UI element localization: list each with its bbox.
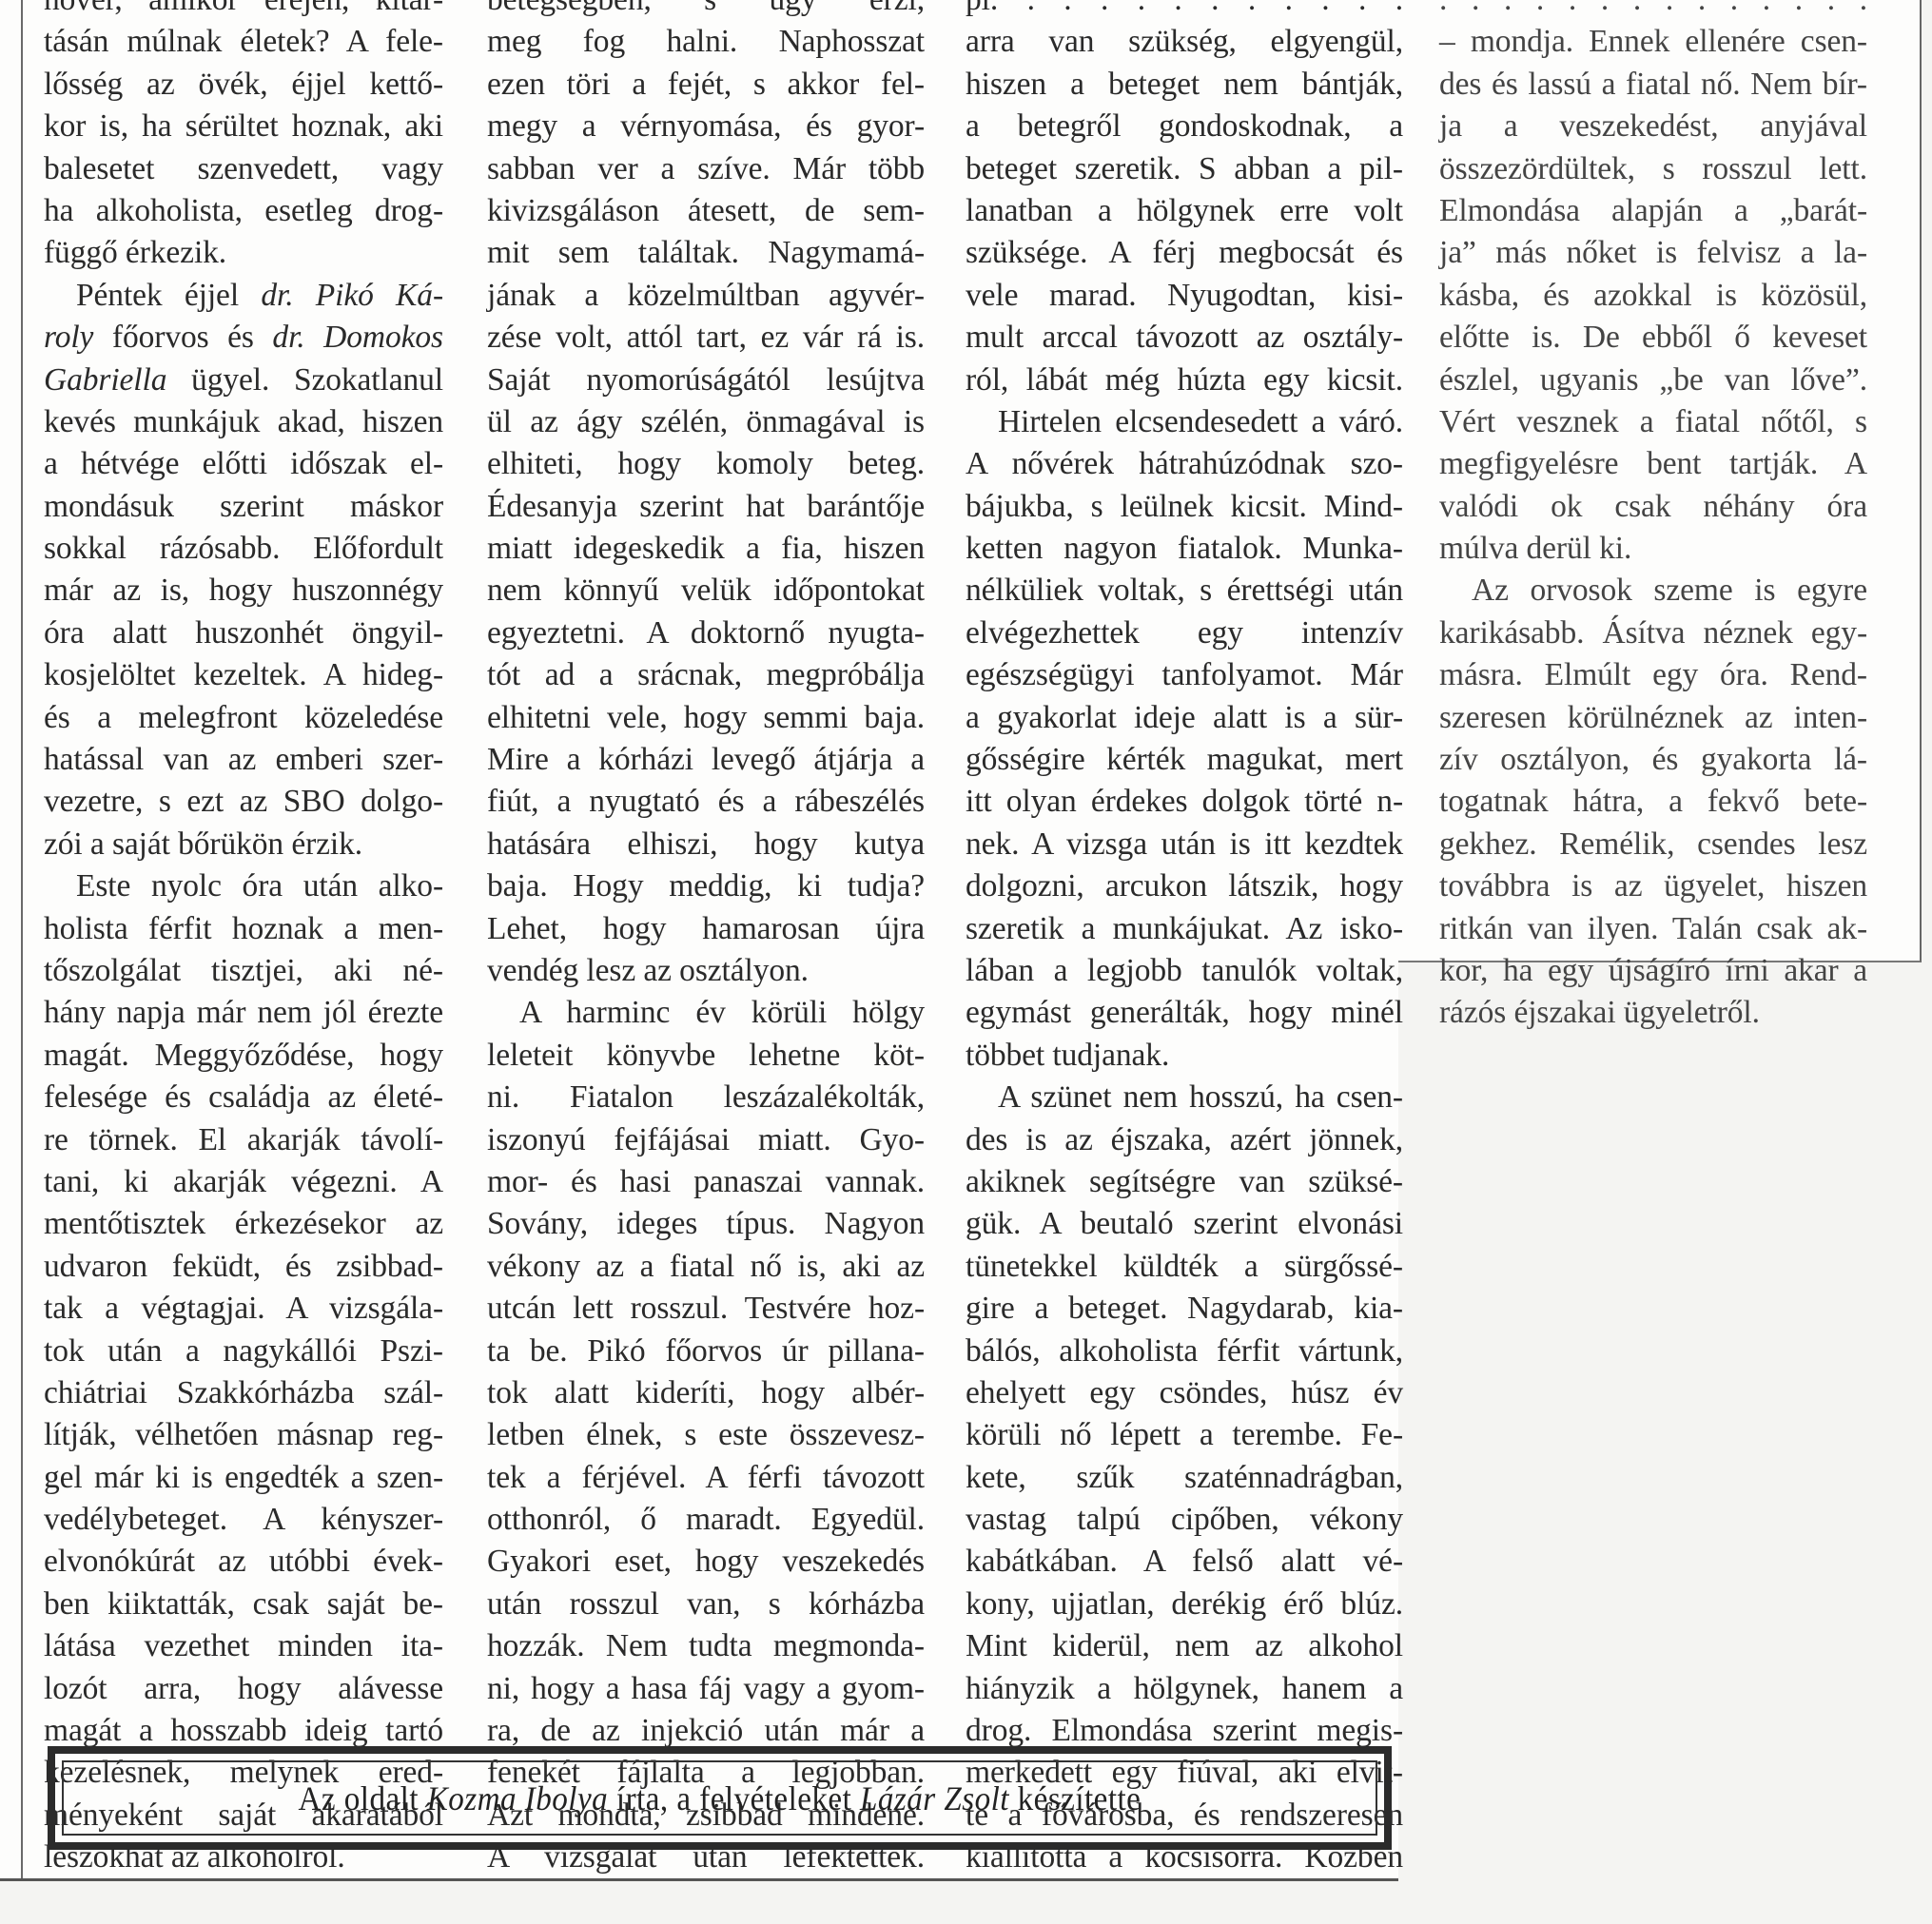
article-line: ehelyett egy csöndes, húsz év <box>966 1372 1403 1414</box>
article-line: gősségire kérték magukat, mert <box>966 739 1403 781</box>
article-line: mondásuk szerint máskor <box>44 486 443 528</box>
article-line: kosjelöltet kezeltek. A hideg- <box>44 654 443 696</box>
article-line: tek a férjével. A férfi távozott <box>487 1457 925 1499</box>
article-line: kor is, ha sérültet hoznak, aki <box>44 106 443 147</box>
article-line: hány napja már nem jól érezte <box>44 992 443 1034</box>
article-line: megy a vérnyomása, és gyor- <box>487 106 925 147</box>
article-line: ja a veszekedést, anyjával <box>1439 106 1867 147</box>
article-line: ritkán van ilyen. Talán csak ak- <box>1439 908 1867 950</box>
article-line: ja” más nőket is felvisz a la- <box>1439 232 1867 274</box>
article-line: tok alatt kideríti, hogy albér- <box>487 1372 925 1414</box>
article-line: bájukba, s leülnek kicsit. Mind- <box>966 486 1403 528</box>
article-line: ni. Fiatalon leszázalékolták, <box>487 1077 925 1118</box>
article-line: szeresen körülnéznek az inten- <box>1439 697 1867 739</box>
article-line: vele marad. Nyugodtan, kisi- <box>966 275 1403 317</box>
article-line: Az orvosok szeme is egyre <box>1439 570 1867 612</box>
article-line: A harminc év körüli hölgy <box>487 992 925 1034</box>
article-line: ta be. Pikó főorvos úr pillana- <box>487 1331 925 1372</box>
article-line: után rosszul van, s kórházba <box>487 1584 925 1625</box>
article-line: kor, ha egy újságíró írni akar a <box>1439 950 1867 992</box>
article-line: körüli nő lépett a terembe. Fe- <box>966 1414 1403 1456</box>
article-line: meg fog halni. Naphosszat <box>487 21 925 63</box>
article-line: ni, hogy a hasa fáj vagy a gyom- <box>487 1668 925 1710</box>
article-line: észlel, ugyanis „be van lőve”. <box>1439 360 1867 401</box>
article-line: Mint kiderül, nem az alkohol <box>966 1625 1403 1667</box>
article-line: gel már ki is engedték a szen- <box>44 1457 443 1499</box>
article-column-2: betegségben, s úgy érzi,meg fog halni. N… <box>487 0 925 1879</box>
article-line: balesetet szenvedett, vagy <box>44 148 443 190</box>
article-line: kete, szűk szaténnadrágban, <box>966 1457 1403 1499</box>
article-line: A nővérek hátrahúzódnak szo- <box>966 443 1403 485</box>
article-line: múlva derül ki. <box>1439 528 1867 570</box>
credit-author: Kozma Ibolya <box>427 1779 608 1817</box>
article-line: Édesanyja szerint hat barántője <box>487 486 925 528</box>
article-line: Gabriella ügyel. Szokatlanul <box>44 360 443 401</box>
article-line: roly főorvos és dr. Domokos <box>44 317 443 359</box>
article-line: előtte is. De ebből ő keveset <box>1439 317 1867 359</box>
article-line: lanatban a hölgynek erre volt <box>966 190 1403 232</box>
article-line: des és lassú a fiatal nő. Nem bír- <box>1439 64 1867 106</box>
article-line: gekhez. Remélik, csendes lesz <box>1439 824 1867 865</box>
article-line: kabátkában. A felső alatt vé- <box>966 1541 1403 1583</box>
article-line: elhitetni vele, hogy semmi baja. <box>487 697 925 739</box>
article-line: ról, lábát még húzta egy kicsit. <box>966 360 1403 401</box>
article-line: pl. . . . . . . . . . . . <box>966 0 1403 21</box>
article-line: zív osztályon, és gyakorta lá- <box>1439 739 1867 781</box>
article-line: felesége és családja az életé- <box>44 1077 443 1118</box>
credit-box: Az oldalt Kozma Ibolya írta, a felvétele… <box>48 1746 1392 1850</box>
article-line: baja. Hogy meddig, ki tudja? <box>487 865 925 907</box>
article-line: lában a legjobb tanulók voltak, <box>966 950 1403 992</box>
article-line: . . . . . . . . . . . . . . <box>1439 0 1867 21</box>
article-line: gük. A beutaló szerint elvonási <box>966 1203 1403 1245</box>
article-line: mentőtisztek érkezésekor az <box>44 1203 443 1245</box>
article-line: mult arccal távozott az osztály- <box>966 317 1403 359</box>
credit-prefix: Az oldalt <box>299 1779 427 1817</box>
article-line: beteget szeretik. S abban a pil- <box>966 148 1403 190</box>
article-line: a betegről gondoskodnak, a <box>966 106 1403 147</box>
article-line: karikásabb. Ásítva néznek egy- <box>1439 612 1867 654</box>
article-line: elhiteti, hogy komoly beteg. <box>487 443 925 485</box>
article-line: des is az éjszaka, azért jönnek, <box>966 1119 1403 1161</box>
article-line: a hétvége előtti időszak el- <box>44 443 443 485</box>
article-line: nem könnyű velük időpontokat <box>487 570 925 612</box>
article-line: hiszen a beteget nem bántják, <box>966 64 1403 106</box>
credit-suffix: készítette <box>1009 1779 1141 1817</box>
article-line: leleteit könyvbe lehetne köt- <box>487 1035 925 1077</box>
article-line: ezen töri a fejét, s akkor fel- <box>487 64 925 106</box>
article-line: udvaron feküdt, és zsibbad- <box>44 1246 443 1288</box>
article-line: egymást generálták, hogy minél <box>966 992 1403 1034</box>
article-line: elvégezhettek egy intenzív <box>966 612 1403 654</box>
article-line: otthonról, ő maradt. Egyedül. <box>487 1499 925 1541</box>
article-line: fiút, a nyugtató és a rábeszélés <box>487 781 925 823</box>
article-line: magát. Meggyőződése, hogy <box>44 1035 443 1077</box>
article-line: Gyakori eset, hogy veszekedés <box>487 1541 925 1583</box>
article-line: Este nyolc óra után alko- <box>44 865 443 907</box>
article-line: letben élnek, s este összevesz- <box>487 1414 925 1456</box>
article-line: kivizsgáláson átesett, de sem- <box>487 190 925 232</box>
article-line: ketten nagyon fiatalok. Munka- <box>966 528 1403 570</box>
article-line: chiátriai Szakkórházba szál- <box>44 1372 443 1414</box>
article-line: kony, ujjatlan, derékig érő blúz. <box>966 1584 1403 1625</box>
article-line: arra van szükség, elgyengül, <box>966 21 1403 63</box>
article-line: utcán lett rosszul. Testvére hoz- <box>487 1288 925 1330</box>
article-line: tok után a nagykállói Pszi- <box>44 1331 443 1372</box>
article-line: jának a közelmúltban agyvér- <box>487 275 925 317</box>
article-line: – mondja. Ennek ellenére csen- <box>1439 21 1867 63</box>
article-line: hozzák. Nem tudta megmonda- <box>487 1625 925 1667</box>
article-line: Sovány, ideges típus. Nagyon <box>487 1203 925 1245</box>
article-column-1: nővér, amikor erején, kitar-tásán múlnak… <box>44 0 443 1879</box>
article-line: nélküliek voltak, s érettségi után <box>966 570 1403 612</box>
article-line: ben kiiktatták, csak saját be- <box>44 1584 443 1625</box>
article-line: betegségben, s úgy érzi, <box>487 0 925 21</box>
article-line: mit sem találtak. Nagymamá- <box>487 232 925 274</box>
article-line: tásán múlnak életek? A fele- <box>44 21 443 63</box>
article-line: megfigyelésre bent tartják. A <box>1439 443 1867 485</box>
article-line: A szünet nem hosszú, ha csen- <box>966 1077 1403 1118</box>
article-line: bálós, alkoholista férfit vártunk, <box>966 1331 1403 1372</box>
article-line: nővér, amikor erején, kitar- <box>44 0 443 21</box>
article-line: akiknek segítségre van szüksé- <box>966 1161 1403 1203</box>
article-line: elvonókúrát az utóbbi évek- <box>44 1541 443 1583</box>
article-line: togatnak hátra, a fekvő bete- <box>1439 781 1867 823</box>
credit-photographer: Lázár Zsolt <box>860 1779 1009 1817</box>
article-line: tani, ki akarják végezni. A <box>44 1161 443 1203</box>
article-line: továbbra is az ügyelet, hiszen <box>1439 865 1867 907</box>
article-line: holista férfit hoznak a men- <box>44 908 443 950</box>
credit-line: Az oldalt Kozma Ibolya írta, a felvétele… <box>299 1778 1142 1818</box>
article-line: ha alkoholista, esetleg drog- <box>44 190 443 232</box>
article-line: Elmondása alapján a „barát- <box>1439 190 1867 232</box>
article-line: óra alatt huszonhét öngyil- <box>44 612 443 654</box>
article-line: összezördültek, s rosszul lett. <box>1439 148 1867 190</box>
article-line: re törnek. El akarják távolí- <box>44 1119 443 1161</box>
article-line: szüksége. A férj megbocsát és <box>966 232 1403 274</box>
article-line: vékony az a fiatal nő is, aki az <box>487 1246 925 1288</box>
article-line: sokkal rázósabb. Előfordult <box>44 528 443 570</box>
article-line: valódi ok csak néhány óra <box>1439 486 1867 528</box>
article-line: iszonyú fejfájásai miatt. Gyo- <box>487 1119 925 1161</box>
article-line: hiányzik a hölgynek, hanem a <box>966 1668 1403 1710</box>
article-line: rázós éjszakai ügyeletről. <box>1439 992 1867 1034</box>
article-line: lítják, vélhetően másnap reg- <box>44 1414 443 1456</box>
article-line: nek. A vizsga után is itt kezdtek <box>966 824 1403 865</box>
article-line: Hirtelen elcsendesedett a váró. <box>966 401 1403 443</box>
article-line: hatására elhiszi, hogy kutya <box>487 824 925 865</box>
article-line: ül az ágy szélén, önmagával is <box>487 401 925 443</box>
article-line: másra. Elmúlt egy óra. Rend- <box>1439 654 1867 696</box>
left-column-rule <box>21 0 23 1878</box>
article-line: látása vezethet minden ita- <box>44 1625 443 1667</box>
article-line: miatt idegeskedik a fia, hiszen <box>487 528 925 570</box>
credit-box-inner: Az oldalt Kozma Ibolya írta, a felvétele… <box>62 1760 1377 1836</box>
article-line: kásba, és azokkal is közösül, <box>1439 275 1867 317</box>
article-column-4: . . . . . . . . . . . . . .– mondja. Enn… <box>1439 0 1867 1035</box>
article-line: vedélybeteget. A kényszer- <box>44 1499 443 1541</box>
article-line: és a melegfront közeledése <box>44 697 443 739</box>
article-line: függő érkezik. <box>44 232 443 274</box>
article-line: sabban ver a szíve. Már több <box>487 148 925 190</box>
article-line: Saját nyomorúságától lesújtva <box>487 360 925 401</box>
article-line: lozót arra, hogy alávesse <box>44 1668 443 1710</box>
article-line: a gyakorlat ideje alatt is a sür- <box>966 697 1403 739</box>
credit-middle: írta, a felvételeket <box>608 1779 860 1817</box>
article-line: kevés munkájuk akad, hiszen <box>44 401 443 443</box>
article-line: vezetre, s ezt az SBO dolgo- <box>44 781 443 823</box>
article-line: szeretik a munkájukat. Az isko- <box>966 908 1403 950</box>
article-line: zése volt, attól tart, ez vár rá is. <box>487 317 925 359</box>
article-line: dolgozni, arcukon látszik, hogy <box>966 865 1403 907</box>
article-line: vendég lesz az osztályon. <box>487 950 925 992</box>
article-line: Mire a kórházi levegő átjárja a <box>487 739 925 781</box>
article-line: tak a végtagjai. A vizsgála- <box>44 1288 443 1330</box>
article-line: vastag talpú cipőben, vékony <box>966 1499 1403 1541</box>
article-line: Péntek éjjel dr. Pikó Ká- <box>44 275 443 317</box>
article-line: gire a beteget. Nagydarab, kia- <box>966 1288 1403 1330</box>
article-line: hatással van az emberi szer- <box>44 739 443 781</box>
article-line: többet tudjanak. <box>966 1035 1403 1077</box>
article-line: tőszolgálat tisztjei, aki né- <box>44 950 443 992</box>
article-line: Lehet, hogy hamarosan újra <box>487 908 925 950</box>
article-line: tünetekkel küldték a sürgőssé- <box>966 1246 1403 1288</box>
article-line: egészségügyi tanfolyamot. Már <box>966 654 1403 696</box>
article-line: már az is, hogy huszonnégy <box>44 570 443 612</box>
article-line: tót ad a srácnak, megpróbálja <box>487 654 925 696</box>
article-line: Vért vesznek a fiatal nőtől, s <box>1439 401 1867 443</box>
article-line: mor- és hasi panaszai vannak. <box>487 1161 925 1203</box>
article-line: itt olyan érdekes dolgok törté n- <box>966 781 1403 823</box>
article-column-3: pl. . . . . . . . . . . .arra van szüksé… <box>966 0 1403 1879</box>
article-line: lősség az övék, éjjel kettő- <box>44 64 443 106</box>
article-line: egyeztetni. A doktornő nyugta- <box>487 612 925 654</box>
article-line: zói a saját bőrükön érzik. <box>44 824 443 865</box>
